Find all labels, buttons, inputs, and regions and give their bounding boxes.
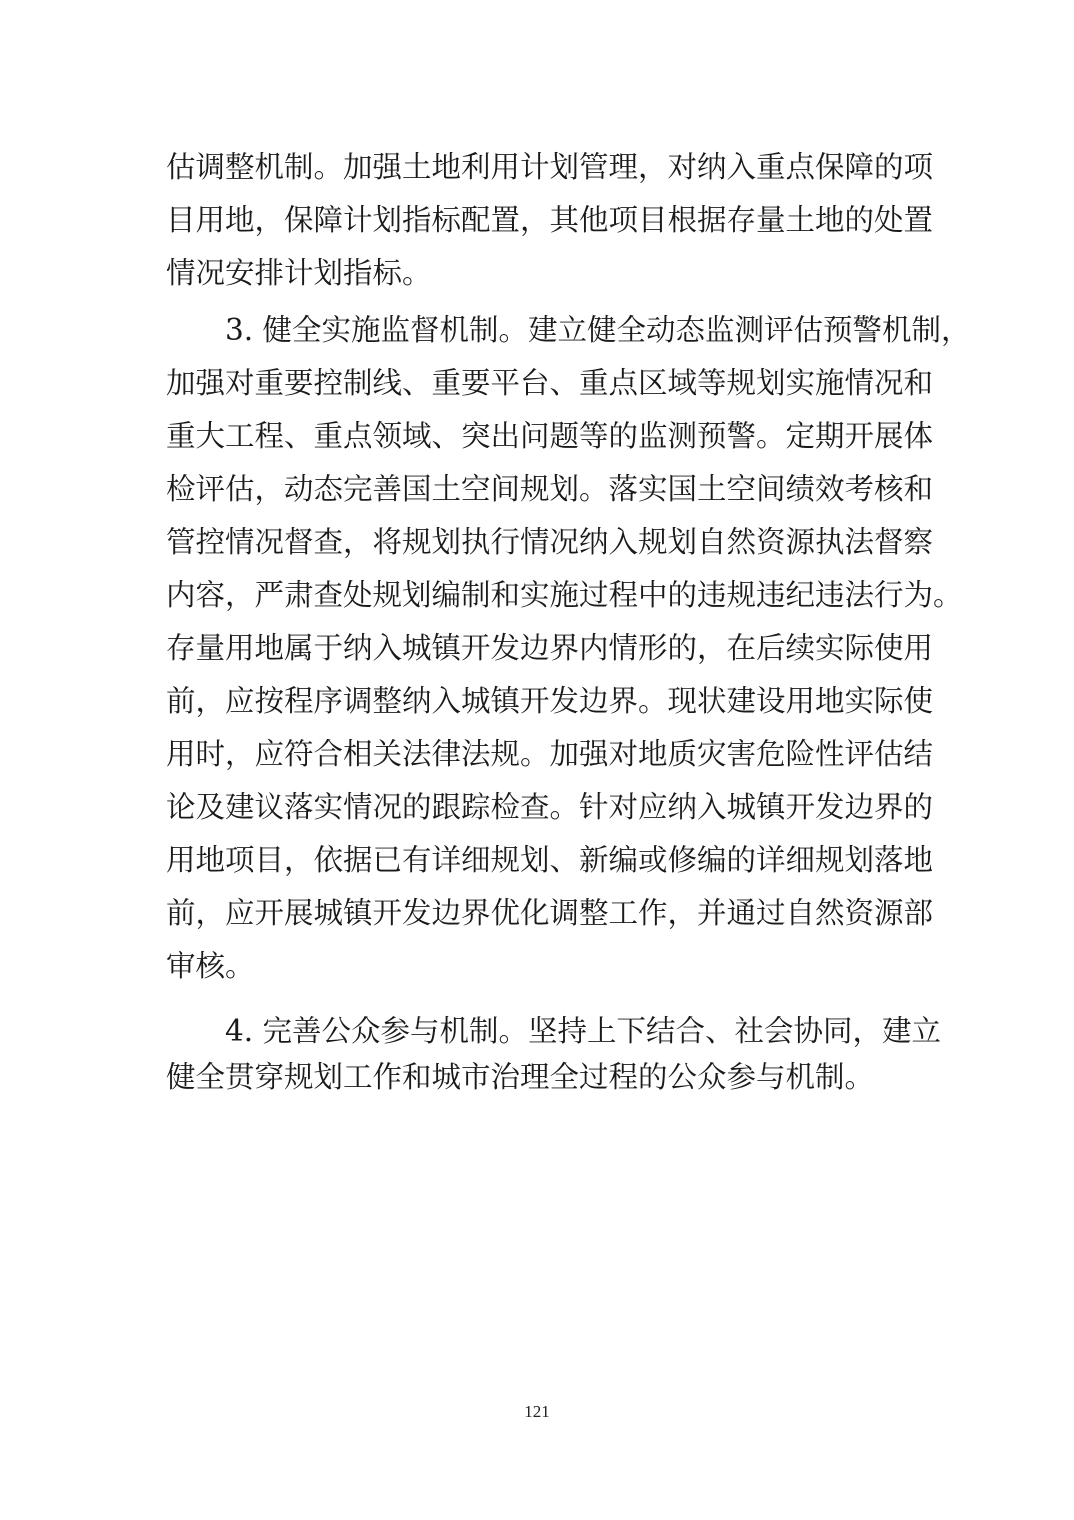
document-page: 估调整机制。加强土地利用计划管理，对纳入重点保障的项 目用地，保障计划指标配置，… <box>0 0 1074 1520</box>
text-line: 3. 健全实施监督机制。建立健全动态监测评估预警机制， <box>225 304 912 356</box>
text-line: 存量用地属于纳入城镇开发边界内情形的，在后续实际使用 <box>166 622 912 674</box>
text-line: 检评估，动态完善国土空间规划。落实国土空间绩效考核和 <box>166 463 912 515</box>
text-line: 估调整机制。加强土地利用计划管理，对纳入重点保障的项 <box>166 141 912 193</box>
text-line: 前，应开展城镇开发边界优化调整工作，并通过自然资源部 <box>166 887 912 939</box>
text-line: 重大工程、重点领域、突出问题等的监测预警。定期开展体 <box>166 410 912 462</box>
page-number: 121 <box>0 1402 1074 1422</box>
text-line: 管控情况督查，将规划执行情况纳入规划自然资源执法督察 <box>166 516 912 568</box>
text-line: 内容，严肃查处规划编制和实施过程中的违规违纪违法行为。 <box>166 569 912 621</box>
text-line: 用时，应符合相关法律法规。加强对地质灾害危险性评估结 <box>166 728 912 780</box>
text-line: 情况安排计划指标。 <box>166 247 912 299</box>
text-line: 前，应按程序调整纳入城镇开发边界。现状建设用地实际使 <box>166 675 912 727</box>
text-line: 加强对重要控制线、重要平台、重点区域等规划实施情况和 <box>166 357 912 409</box>
text-line: 用地项目，依据已有详细规划、新编或修编的详细规划落地 <box>166 834 912 886</box>
text-line: 目用地，保障计划指标配置，其他项目根据存量土地的处置 <box>166 194 912 246</box>
text-line: 健全贯穿规划工作和城市治理全过程的公众参与机制。 <box>166 1051 912 1103</box>
text-line: 4. 完善公众参与机制。坚持上下结合、社会协同，建立 <box>225 1005 912 1057</box>
text-line: 审核。 <box>166 940 912 992</box>
text-line: 论及建议落实情况的跟踪检查。针对应纳入城镇开发边界的 <box>166 781 912 833</box>
